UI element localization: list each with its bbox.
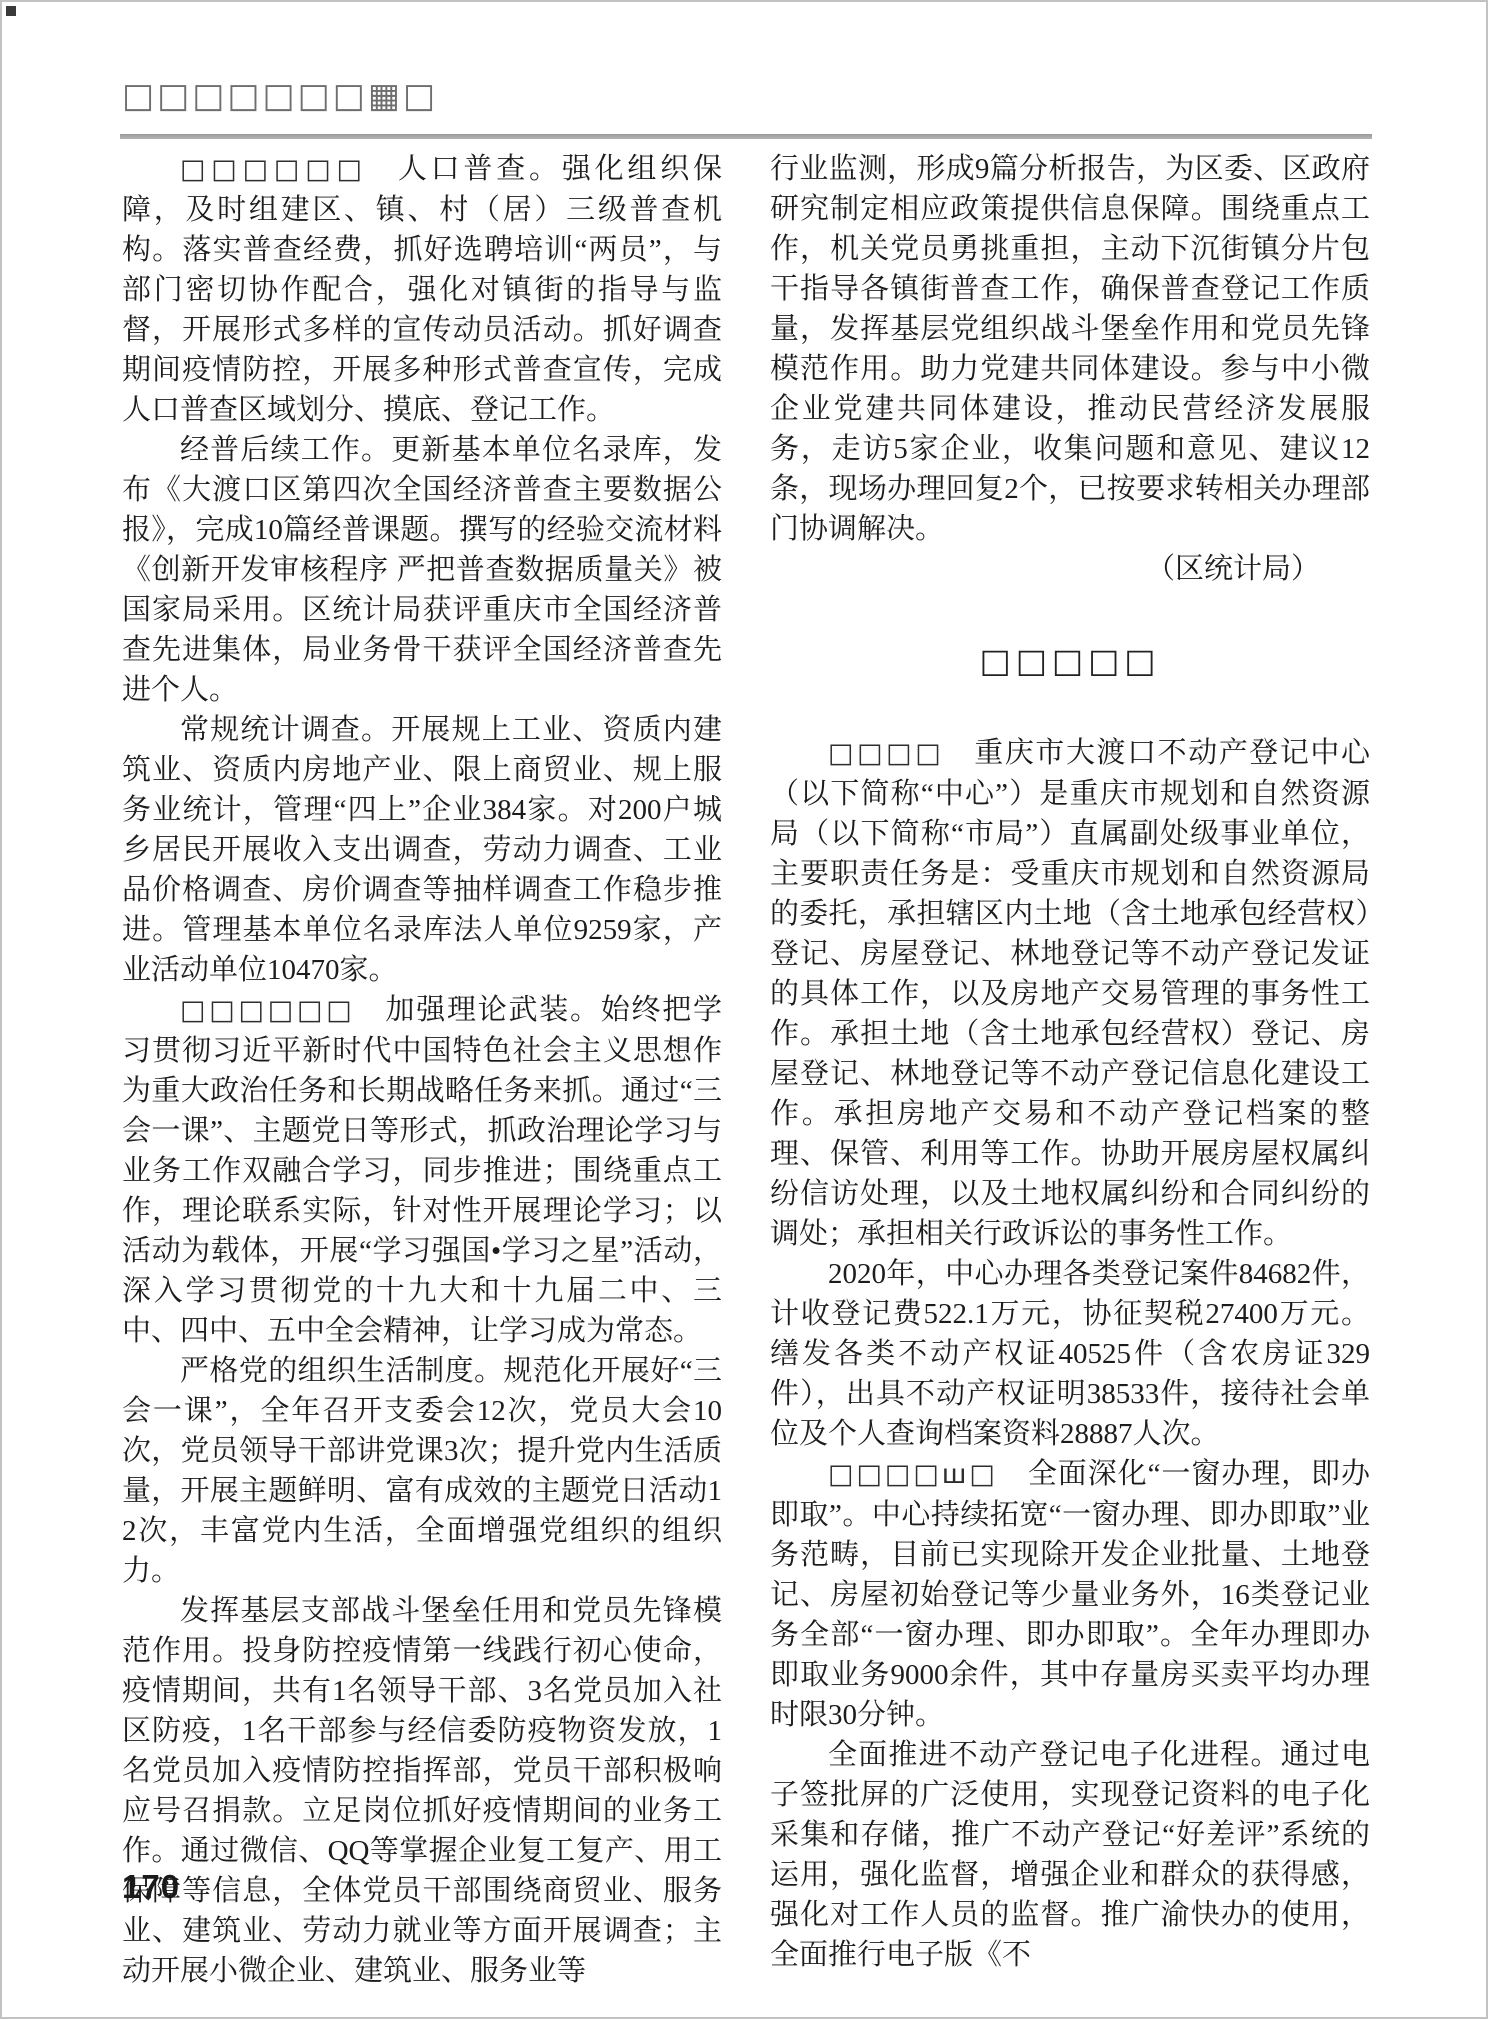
paragraph-text: 人口普查。强化组织保障，及时组建区、镇、村（居）三级普查机构。落实普查经费，抓好… (122, 153, 722, 426)
paragraph-text: 常规统计调查。开展规上工业、资质内建筑业、资质内房地产业、限上商贸业、规上服务业… (122, 714, 722, 986)
yearbook-page: □□□□□□□▦□ □□□□□□人口普查。强化组织保障，及时组建区、镇、村（居）… (0, 0, 1488, 2019)
paragraph: 发挥基层支部战斗堡垒任用和党员先锋模范作用。投身防控疫情第一线践行初心使命，疫情… (122, 1591, 722, 1991)
paragraph-text: 全面推进不动产登记电子化进程。通过电子签批屏的广泛使用，实现登记资料的电子化采集… (770, 1739, 1370, 1971)
paragraph-lead-tofu: □□□□□□ (180, 154, 368, 185)
paragraph-lead-tofu: □□□□ш□ (828, 1459, 998, 1490)
left-column: □□□□□□人口普查。强化组织保障，及时组建区、镇、村（居）三级普查机构。落实普… (122, 149, 722, 1991)
paragraph: 经普后续工作。更新基本单位名录库，发布《大渡口区第四次全国经济普查主要数据公报》… (122, 430, 722, 710)
paragraph: 常规统计调查。开展规上工业、资质内建筑业、资质内房地产业、限上商贸业、规上服务业… (122, 710, 722, 990)
paragraph: □□□□重庆市大渡口不动产登记中心（以下简称“中心”）是重庆市规划和自然资源局（… (770, 733, 1370, 1254)
page-number: 170 (122, 1868, 180, 1906)
paragraph: 全面推进不动产登记电子化进程。通过电子签批屏的广泛使用，实现登记资料的电子化采集… (770, 1735, 1370, 1975)
paragraph-text: 经普后续工作。更新基本单位名录库，发布《大渡口区第四次全国经济普查主要数据公报》… (122, 434, 722, 706)
paragraph-text: 重庆市大渡口不动产登记中心（以下简称“中心”）是重庆市规划和自然资源局（以下简称… (770, 737, 1370, 1250)
paragraph-text: 加强理论武装。始终把学习贯彻习近平新时代中国特色社会主义思想作为重大政治任务和长… (122, 994, 722, 1347)
paragraph: □□□□□□加强理论武装。始终把学习贯彻习近平新时代中国特色社会主义思想作为重大… (122, 990, 722, 1351)
paragraph-text: 全面深化“一窗办理，即办即取”。中心持续拓宽“一窗办理、即办即取”业务范畴，目前… (770, 1458, 1370, 1731)
attribution-text: （区统计局） (1146, 553, 1320, 585)
header-rule (120, 134, 1372, 139)
paragraph-lead-tofu: □□□□□□ (180, 995, 356, 1026)
paragraph: □□□□□□人口普查。强化组织保障，及时组建区、镇、村（居）三级普查机构。落实普… (122, 149, 722, 430)
paragraph-text: 2020年，中心办理各类登记案件84682件，计收登记费522.1万元，协征契税… (770, 1258, 1370, 1450)
section-heading-tofu: □□□□□ (770, 639, 1370, 683)
attribution: （区统计局） (770, 549, 1370, 589)
right-column: 行业监测，形成9篇分析报告，为区委、区政府研究制定相应政策提供信息保障。围绕重点… (770, 149, 1370, 1975)
paragraph: 严格党的组织生活制度。规范化开展好“三会一课”，全年召开支委会12次，党员大会1… (122, 1351, 722, 1591)
continuation-paragraph: 行业监测，形成9篇分析报告，为区委、区政府研究制定相应政策提供信息保障。围绕重点… (770, 149, 1370, 549)
scan-artifact-mark (6, 6, 16, 16)
running-header-title-tofu: □□□□□□□▦□ (122, 76, 438, 116)
paragraph-text: 严格党的组织生活制度。规范化开展好“三会一课”，全年召开支委会12次，党员大会1… (122, 1355, 722, 1587)
paragraph: □□□□ш□全面深化“一窗办理，即办即取”。中心持续拓宽“一窗办理、即办即取”业… (770, 1454, 1370, 1735)
paragraph-text: 发挥基层支部战斗堡垒任用和党员先锋模范作用。投身防控疫情第一线践行初心使命，疫情… (122, 1595, 722, 1987)
paragraph: 2020年，中心办理各类登记案件84682件，计收登记费522.1万元，协征契税… (770, 1254, 1370, 1454)
paragraph-lead-tofu: □□□□ (828, 738, 944, 769)
paragraph-text: 行业监测，形成9篇分析报告，为区委、区政府研究制定相应政策提供信息保障。围绕重点… (770, 153, 1370, 545)
